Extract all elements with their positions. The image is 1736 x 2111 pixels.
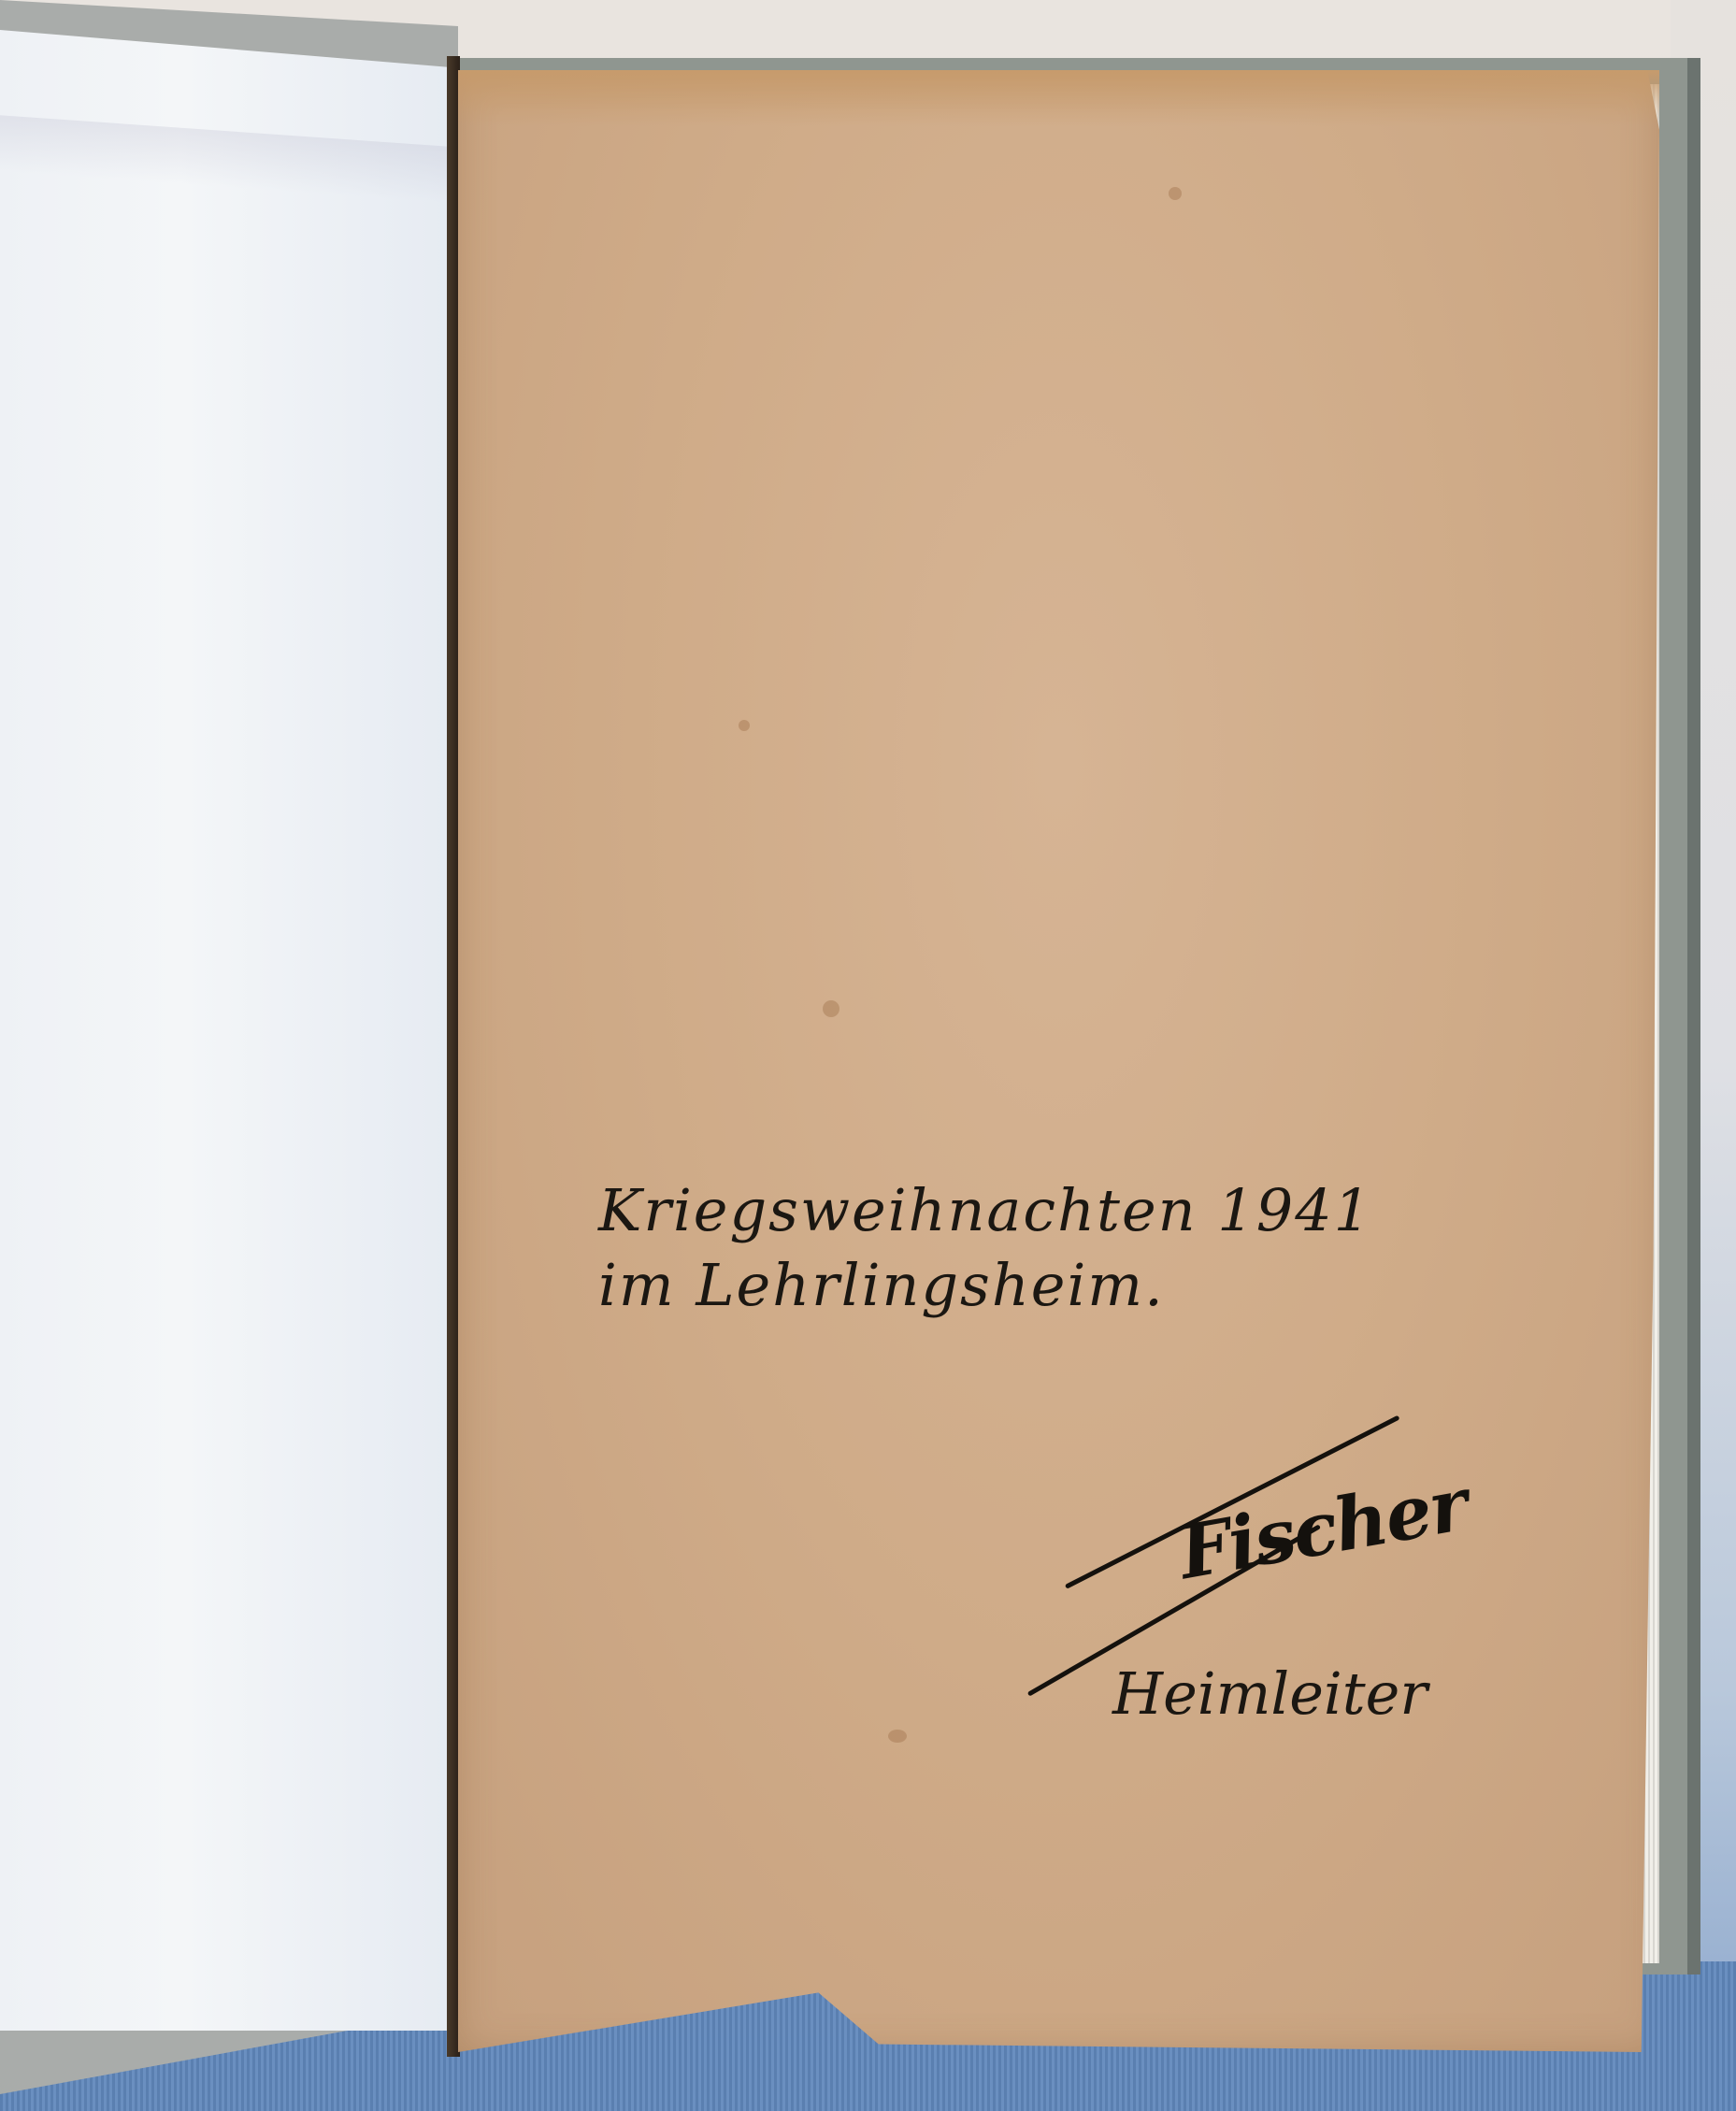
book-gutter bbox=[447, 56, 460, 2057]
signature-title: Heimleiter bbox=[1112, 1659, 1428, 1728]
paper-spot bbox=[823, 1000, 839, 1017]
brown-flyleaf bbox=[458, 70, 1659, 2052]
paper-spot bbox=[739, 720, 750, 731]
signature-name: Fischer bbox=[1172, 1462, 1472, 1596]
flyleaf-top-discoloration bbox=[458, 70, 1659, 126]
signature-block: Fischer Heimleiter bbox=[1010, 1421, 1571, 1739]
left-endpaper bbox=[0, 30, 451, 2031]
book-photo: Kriegsweihnachten 1941 im Lehrlingsheim.… bbox=[0, 0, 1736, 2111]
paper-spot bbox=[1169, 187, 1182, 200]
inscription-line-2: im Lehrlingsheim. bbox=[598, 1248, 1580, 1323]
paper-spot bbox=[888, 1730, 907, 1743]
inscription-line-1: Kriegsweihnachten 1941 bbox=[598, 1173, 1580, 1248]
handwritten-inscription: Kriegsweihnachten 1941 im Lehrlingsheim. bbox=[598, 1173, 1580, 1323]
